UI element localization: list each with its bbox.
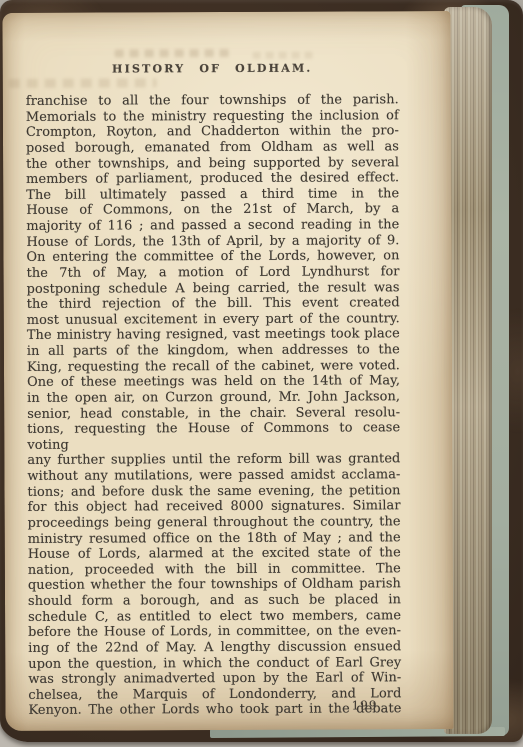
text-line: without any mutilations, were passed ami… (27, 467, 400, 484)
text-line: was strongly animadverted upon by the Ea… (28, 670, 401, 687)
text-line: any further supplies until the reform bi… (27, 452, 400, 469)
running-head: HISTORY OF OLDHAM. (26, 61, 399, 76)
bleed-through-smudge (9, 78, 157, 88)
text-line: On entering the committee of the Lords, … (26, 249, 399, 266)
text-line: franchise to all the four townships of t… (26, 92, 399, 109)
text-line: Memorials to the ministry requesting the… (26, 108, 399, 125)
text-line: upon the question, in which the conduct … (28, 655, 401, 672)
text-line: the 7th of May, a motion of Lord Lyndhur… (27, 264, 400, 281)
text-line: Kenyon. The other Lords who took part in… (28, 702, 401, 719)
text-line: for this object had received 8000 signat… (28, 498, 401, 515)
text-line: most unusual excitement in every part of… (27, 311, 400, 328)
page-number: 199 (352, 698, 378, 712)
text-line: should form a borough, and as such be pl… (28, 592, 401, 609)
text-line: chelsea, the Marquis of Londonderry, and… (28, 686, 401, 703)
text-line: nation, proceeded with the bill in commi… (28, 561, 401, 578)
text-line: schedule C, as entitled to elect two mem… (28, 608, 401, 625)
text-line: House of Commons, on the 21st of March, … (26, 202, 399, 219)
text-line: in all parts of the kingdom, when addres… (27, 342, 400, 359)
bleed-through-smudge (115, 49, 233, 58)
text-line: ing of the 22nd of May. A lengthy discus… (28, 639, 401, 656)
scanned-book-photo: HISTORY OF OLDHAM. franchise to all the … (0, 0, 523, 747)
bleed-through-smudge (253, 52, 313, 59)
text-line: before the House of Lords, in committee,… (28, 623, 401, 640)
text-line: proceedings being general throughout the… (28, 514, 401, 531)
text-line: The bill ultimately passed a third time … (26, 186, 399, 203)
text-line: House of Lords, alarmed at the excited s… (28, 545, 401, 562)
text-line: House of Lords, the 13th of April, by a … (26, 233, 399, 250)
text-line: majority of 116 ; and passed a second re… (26, 217, 399, 234)
text-line: postponing schedule A being carried, the… (27, 280, 400, 297)
text-line: posed borough, emanated from Oldham as w… (26, 139, 399, 156)
text-line: tions, requesting the House of Commons t… (27, 420, 400, 453)
text-line: One of these meetings was held on the 14… (27, 373, 400, 390)
book-page: HISTORY OF OLDHAM. franchise to all the … (2, 11, 453, 731)
text-line: tions; and before dusk the same evening,… (27, 483, 400, 500)
text-line: the other townships, and being supported… (26, 155, 399, 172)
text-line: question whether the four townships of O… (28, 577, 401, 594)
text-line: ministry resumed office on the 18th of M… (28, 530, 401, 547)
text-line: King, requesting the recall of the cabin… (27, 358, 400, 375)
text-line: in the open air, on Curzon ground, Mr. J… (27, 389, 400, 406)
text-line: The ministry having resigned, vast meeti… (27, 327, 400, 344)
text-line: members of parliament, produced the desi… (26, 170, 399, 187)
text-block: franchise to all the four townships of t… (26, 92, 402, 719)
text-line: senior, head constable, in the chair. Se… (27, 405, 400, 422)
text-line: the third rejection of the bill. This ev… (27, 295, 400, 312)
text-line: Crompton, Royton, and Chadderton within … (26, 124, 399, 141)
